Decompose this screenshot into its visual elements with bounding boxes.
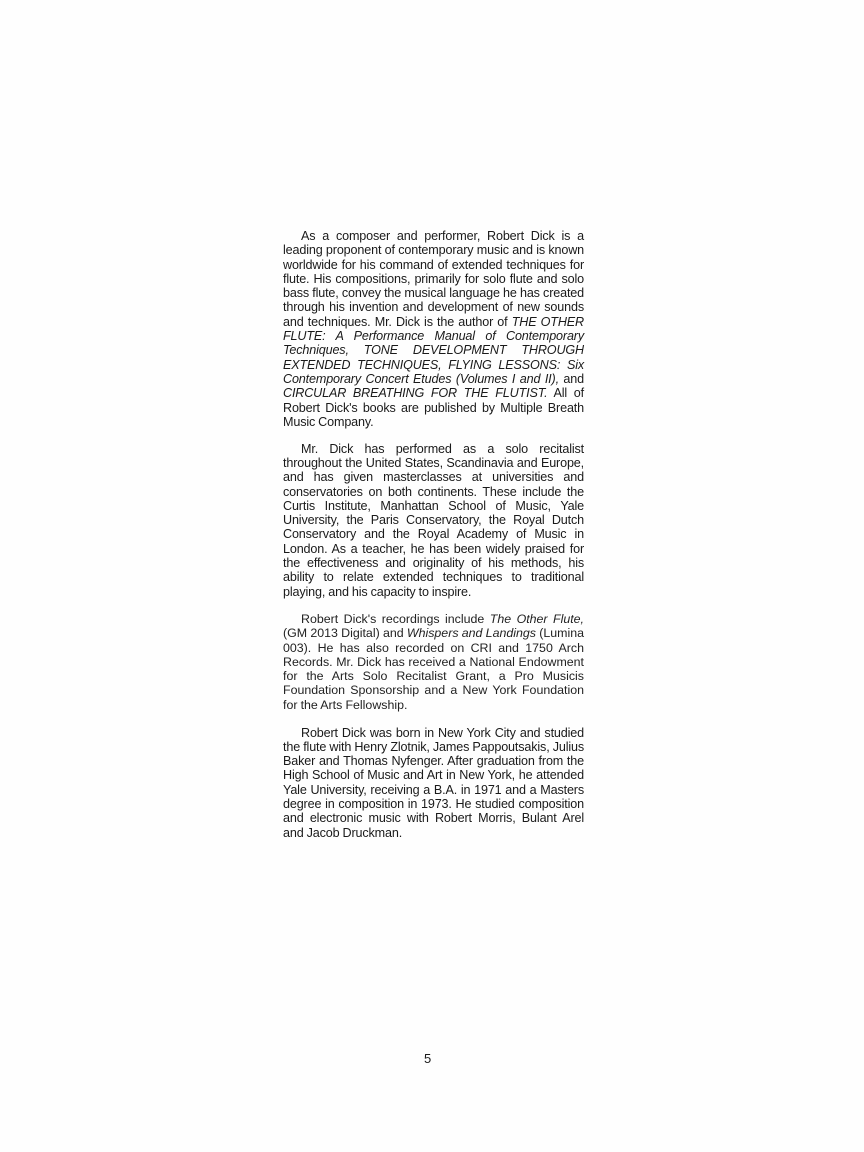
paragraph-education: Robert Dick was born in New York City an… <box>283 726 584 840</box>
paragraph-career-overview: As a composer and performer, Robert Dick… <box>283 229 584 429</box>
text-segment: Mr. Dick has performed as a solo recital… <box>283 442 584 599</box>
paragraph-performance-teaching: Mr. Dick has performed as a solo recital… <box>283 442 584 599</box>
text-segment: Robert Dick was born in New York City an… <box>283 726 584 840</box>
document-page: As a composer and performer, Robert Dick… <box>0 0 864 1152</box>
paragraph-recordings-awards: Robert Dick's recordings include The Oth… <box>283 612 584 712</box>
recording-title-italic: The Other Flute, <box>490 612 584 626</box>
recording-title-italic: Whispers and Landings <box>407 626 536 640</box>
text-segment: (GM 2013 Digital) and <box>283 626 407 640</box>
text-segment: and <box>559 372 584 386</box>
biography-text-column: As a composer and performer, Robert Dick… <box>283 229 584 840</box>
book-title-italic: CIRCULAR BREATHING FOR THE FLUTIST. <box>283 386 547 400</box>
text-segment: Robert Dick's recordings include <box>301 612 490 626</box>
page-number: 5 <box>424 1052 431 1066</box>
